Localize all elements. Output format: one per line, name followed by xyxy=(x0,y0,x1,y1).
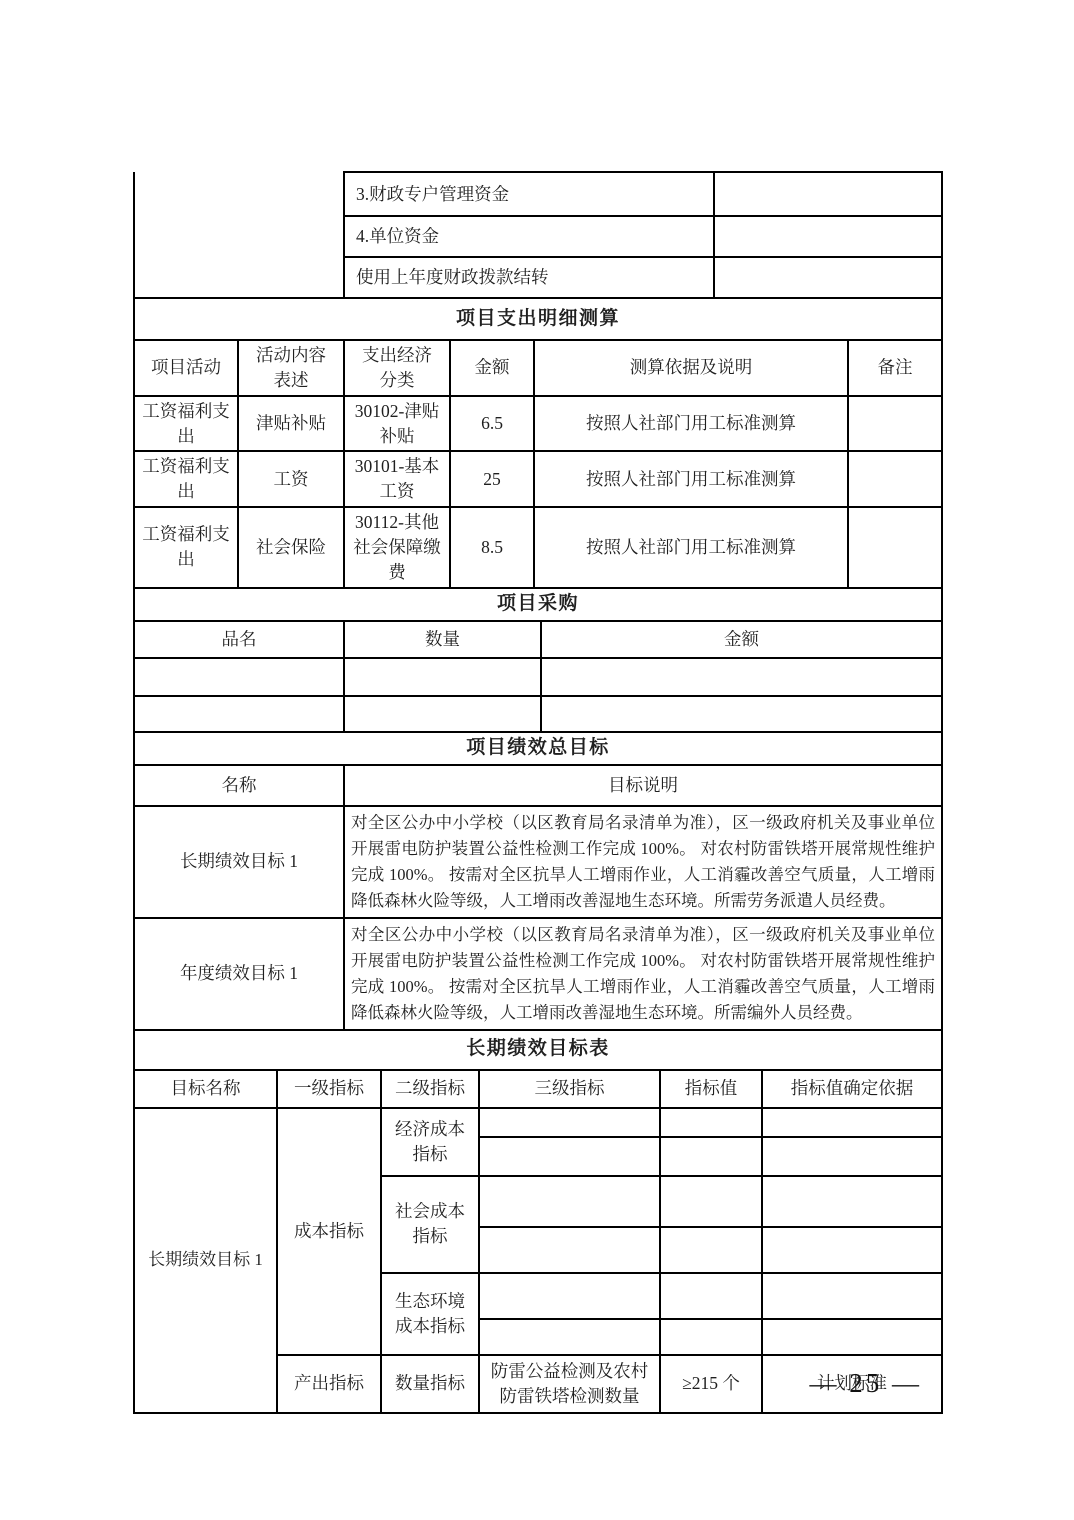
column-header: 指标值 xyxy=(660,1070,762,1108)
content-cell: 津贴补贴 xyxy=(238,396,344,452)
goal-name-cell: 长期绩效目标 1 xyxy=(134,806,344,918)
table-row xyxy=(134,696,942,732)
level2-indicator-cell: 经济成本 指标 xyxy=(381,1108,479,1176)
activity-cell: 工资福利支 出 xyxy=(134,396,238,452)
column-header: 金额 xyxy=(450,340,534,396)
goal-description-cell: 对全区公办中小学校（以区教育局名录清单为准），区一级政府机关及事业单位开展雷电防… xyxy=(344,806,942,918)
empty-cell xyxy=(541,658,942,696)
econ-class-cell: 30102-津贴 补贴 xyxy=(344,396,450,452)
empty-cell xyxy=(134,696,344,732)
empty-cell xyxy=(344,696,541,732)
column-header: 品名 xyxy=(134,621,344,658)
table-header-row: 目标名称 一级指标 二级指标 三级指标 指标值 指标值确定依据 xyxy=(134,1070,942,1108)
empty-cell xyxy=(344,658,541,696)
empty-cell xyxy=(479,1273,660,1319)
table-row: 项目支出明细测算 xyxy=(134,298,942,340)
level1-indicator-cell: 成本指标 xyxy=(277,1108,381,1355)
column-header: 一级指标 xyxy=(277,1070,381,1108)
column-header: 项目活动 xyxy=(134,340,238,396)
level2-indicator-cell: 社会成本 指标 xyxy=(381,1176,479,1273)
section-title: 项目支出明细测算 xyxy=(134,298,942,340)
empty-cell xyxy=(479,1319,660,1355)
column-header: 二级指标 xyxy=(381,1070,479,1108)
level3-indicator-cell: 防雷公益检测及农村 防雷铁塔检测数量 xyxy=(479,1355,660,1413)
table-row: 工资福利支 出 津贴补贴 30102-津贴 补贴 6.5 按照人社部门用工标准测… xyxy=(134,396,942,452)
empty-cell xyxy=(762,1273,942,1319)
section-title: 项目绩效总目标 xyxy=(134,732,942,765)
level1-indicator-cell: 产出指标 xyxy=(277,1355,381,1413)
table-header-row: 项目活动 活动内容 表述 支出经济 分类 金额 测算依据及说明 备注 xyxy=(134,340,942,396)
note-cell xyxy=(848,507,942,588)
empty-cell xyxy=(660,1108,762,1137)
activity-cell: 工资福利支 出 xyxy=(134,451,238,507)
funding-carryover-table: 3.财政专户管理资金 4.单位资金 使用上年度财政拨款结转 xyxy=(133,171,943,299)
basis-cell: 按照人社部门用工标准测算 xyxy=(534,451,848,507)
empty-cell xyxy=(134,172,344,298)
empty-cell xyxy=(479,1176,660,1227)
table-row: 3.财政专户管理资金 xyxy=(134,172,942,216)
empty-cell xyxy=(660,1176,762,1227)
budget-form: 3.财政专户管理资金 4.单位资金 使用上年度财政拨款结转 xyxy=(133,171,941,1414)
indicator-value-cell: ≥215 个 xyxy=(660,1355,762,1413)
overall-goals-table: 项目绩效总目标 名称 目标说明 长期绩效目标 1 对全区公办中小学校（以区教育局… xyxy=(133,731,943,1031)
table-row: 项目采购 xyxy=(134,588,942,621)
goal-name-cell: 长期绩效目标 1 xyxy=(134,1108,277,1413)
empty-cell xyxy=(660,1319,762,1355)
table-row: 项目绩效总目标 xyxy=(134,732,942,765)
carryover-row-label: 4.单位资金 xyxy=(344,216,714,257)
empty-cell xyxy=(762,1319,942,1355)
note-cell xyxy=(848,396,942,452)
carryover-row-label: 使用上年度财政拨款结转 xyxy=(344,257,714,298)
empty-cell xyxy=(762,1227,942,1273)
level2-indicator-cell: 生态环境 成本指标 xyxy=(381,1273,479,1355)
procurement-table: 项目采购 品名 数量 金额 xyxy=(133,587,943,733)
empty-cell xyxy=(762,1137,942,1176)
empty-cell xyxy=(762,1176,942,1227)
empty-cell xyxy=(479,1137,660,1176)
note-cell xyxy=(848,451,942,507)
econ-class-cell: 30112-其他 社会保障缴 费 xyxy=(344,507,450,588)
page-number: — 25 — xyxy=(810,1368,923,1399)
column-header: 目标名称 xyxy=(134,1070,277,1108)
empty-cell xyxy=(479,1108,660,1137)
empty-cell xyxy=(714,216,942,257)
table-row: 长期绩效目标表 xyxy=(134,1030,942,1070)
level2-indicator-cell: 数量指标 xyxy=(381,1355,479,1413)
column-header: 名称 xyxy=(134,765,344,806)
table-header-row: 品名 数量 金额 xyxy=(134,621,942,658)
empty-cell xyxy=(660,1273,762,1319)
column-header: 金额 xyxy=(541,621,942,658)
table-row: 工资福利支 出 社会保险 30112-其他 社会保障缴 费 8.5 按照人社部门… xyxy=(134,507,942,588)
column-header: 支出经济 分类 xyxy=(344,340,450,396)
column-header: 活动内容 表述 xyxy=(238,340,344,396)
empty-cell xyxy=(762,1108,942,1137)
section-title: 项目采购 xyxy=(134,588,942,621)
empty-cell xyxy=(714,172,942,216)
column-header: 测算依据及说明 xyxy=(534,340,848,396)
content-cell: 工资 xyxy=(238,451,344,507)
section-title: 长期绩效目标表 xyxy=(134,1030,942,1070)
table-header-row: 名称 目标说明 xyxy=(134,765,942,806)
content-cell: 社会保险 xyxy=(238,507,344,588)
table-row: 长期绩效目标 1 对全区公办中小学校（以区教育局名录清单为准），区一级政府机关及… xyxy=(134,806,942,918)
column-header: 指标值确定依据 xyxy=(762,1070,942,1108)
empty-cell xyxy=(541,696,942,732)
amount-cell: 6.5 xyxy=(450,396,534,452)
empty-cell xyxy=(134,658,344,696)
econ-class-cell: 30101-基本 工资 xyxy=(344,451,450,507)
basis-cell: 按照人社部门用工标准测算 xyxy=(534,507,848,588)
column-header: 三级指标 xyxy=(479,1070,660,1108)
empty-cell xyxy=(660,1227,762,1273)
column-header: 备注 xyxy=(848,340,942,396)
basis-cell: 按照人社部门用工标准测算 xyxy=(534,396,848,452)
column-header: 数量 xyxy=(344,621,541,658)
empty-cell xyxy=(714,257,942,298)
empty-cell xyxy=(660,1137,762,1176)
carryover-row-label: 3.财政专户管理资金 xyxy=(344,172,714,216)
empty-cell xyxy=(479,1227,660,1273)
activity-cell: 工资福利支 出 xyxy=(134,507,238,588)
expense-detail-table: 项目支出明细测算 项目活动 活动内容 表述 支出经济 分类 金额 测算依据及说明… xyxy=(133,297,943,589)
document-page: 3.财政专户管理资金 4.单位资金 使用上年度财政拨款结转 xyxy=(0,0,1074,1520)
goal-name-cell: 年度绩效目标 1 xyxy=(134,918,344,1030)
table-row xyxy=(134,658,942,696)
goal-description-cell: 对全区公办中小学校（以区教育局名录清单为准），区一级政府机关及事业单位开展雷电防… xyxy=(344,918,942,1030)
table-row: 长期绩效目标 1 成本指标 经济成本 指标 xyxy=(134,1108,942,1137)
table-row: 工资福利支 出 工资 30101-基本 工资 25 按照人社部门用工标准测算 xyxy=(134,451,942,507)
amount-cell: 8.5 xyxy=(450,507,534,588)
table-row: 年度绩效目标 1 对全区公办中小学校（以区教育局名录清单为准），区一级政府机关及… xyxy=(134,918,942,1030)
column-header: 目标说明 xyxy=(344,765,942,806)
amount-cell: 25 xyxy=(450,451,534,507)
longterm-goal-table: 长期绩效目标表 目标名称 一级指标 二级指标 三级指标 指标值 指标值确定依据 … xyxy=(133,1029,943,1414)
